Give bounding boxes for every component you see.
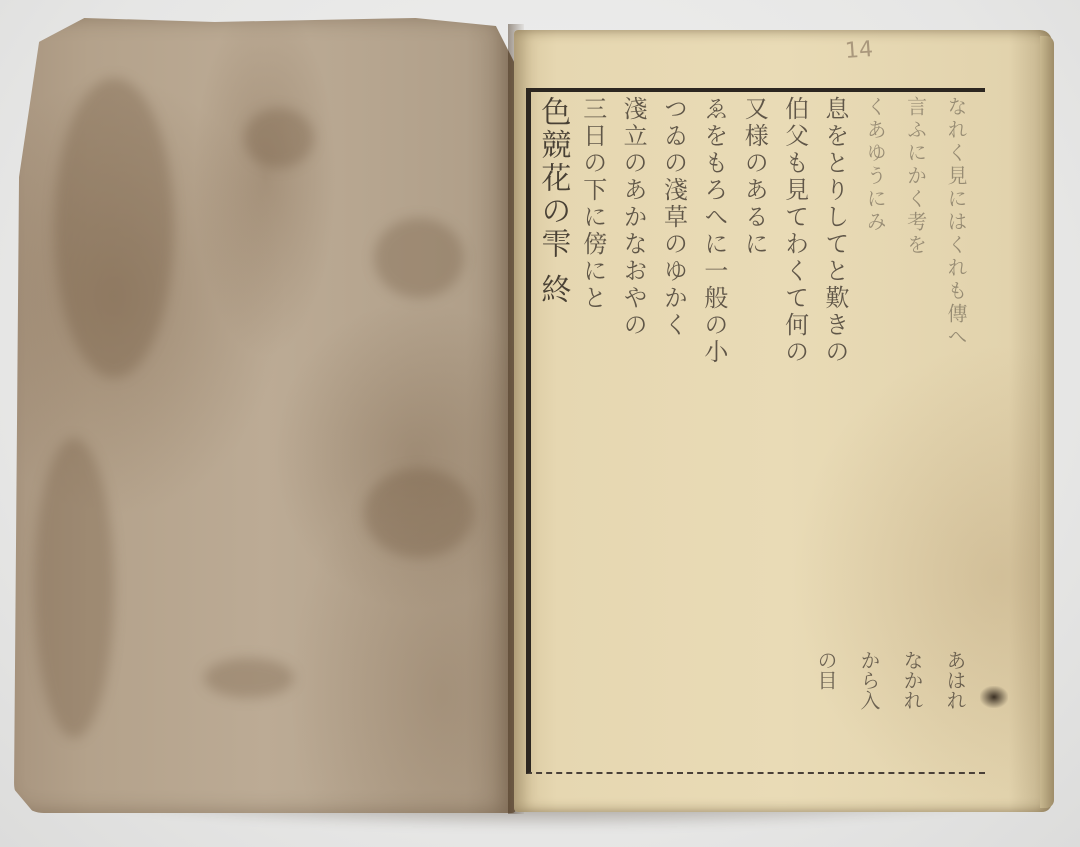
water-stain [34, 438, 114, 738]
closing-title-column: 色競花の雫 終 [535, 96, 571, 516]
footer-note: から入 [855, 650, 884, 760]
text-column: 又様のあるに [737, 96, 773, 746]
text-column: 言ふにかく考を [898, 96, 934, 746]
text-column: ゑをもろへに一般の小 [696, 96, 732, 746]
text-column: 伯父も見てわくて何の [777, 96, 813, 746]
text-column: 三日の下に傍にと [575, 96, 611, 746]
text-column: 息をとりしてと歎きの [818, 96, 854, 746]
water-stain [374, 218, 464, 298]
water-stain [244, 108, 314, 168]
text-column: つゐの淺草のゆかく [656, 96, 692, 746]
text-column: なれく見にはくれも傳へ [939, 96, 975, 746]
text-column: くあゆうにみ [858, 96, 894, 516]
water-stain [54, 78, 174, 378]
water-stain [204, 658, 294, 698]
ink-blot [980, 686, 1008, 708]
page-fore-edge [1040, 36, 1054, 808]
water-stain [364, 468, 474, 558]
footer-note: あはれ [941, 650, 970, 760]
footer-notes: あはれ なかれ から入 の目 [790, 650, 970, 760]
left-page-blank [14, 18, 516, 813]
text-column: 淺立のあかなおやの [616, 96, 652, 746]
footer-note: の目 [812, 650, 841, 760]
pencil-page-number: 14 [844, 37, 874, 64]
footer-note: なかれ [898, 650, 927, 760]
